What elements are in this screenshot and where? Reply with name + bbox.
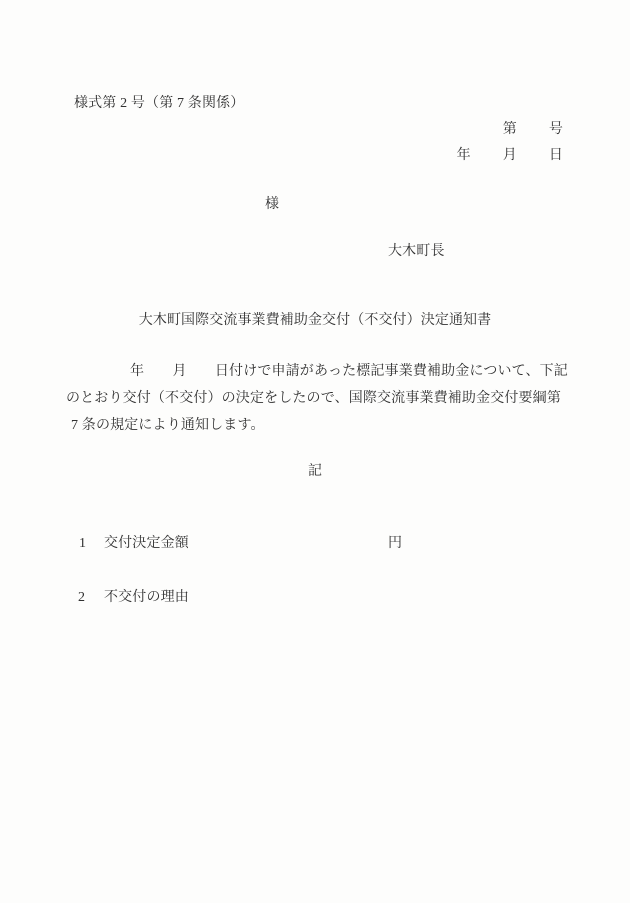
- item-2-label: 不交付の理由: [104, 589, 189, 607]
- document-page: 様式第 2 号（第 7 条関係） 第 号 年 月 日 様 大木町長 大木町国際交…: [0, 0, 630, 903]
- issue-number-line: 第 号: [503, 121, 563, 139]
- addressee-honorific: 様: [265, 196, 279, 214]
- item-2-number: 2: [78, 589, 85, 607]
- form-number: 様式第 2 号（第 7 条関係）: [74, 95, 244, 113]
- item-1-unit: 円: [388, 535, 402, 553]
- item-1-number: 1: [79, 535, 86, 553]
- body-line-1: 年 月 日付けで申請があった標記事業費補助金について、下記: [130, 363, 568, 381]
- item-1-label: 交付決定金額: [104, 535, 189, 553]
- document-title: 大木町国際交流事業費補助金交付（不交付）決定通知書: [0, 312, 630, 330]
- record-marker: 記: [0, 463, 630, 481]
- body-line-2: のとおり交付（不交付）の決定をしたので、国際交流事業費補助金交付要綱第: [66, 390, 561, 408]
- issue-date-line: 年 月 日: [457, 147, 563, 165]
- body-line-3: 7 条の規定により通知します。: [71, 417, 265, 435]
- sender-title: 大木町長: [388, 243, 445, 261]
